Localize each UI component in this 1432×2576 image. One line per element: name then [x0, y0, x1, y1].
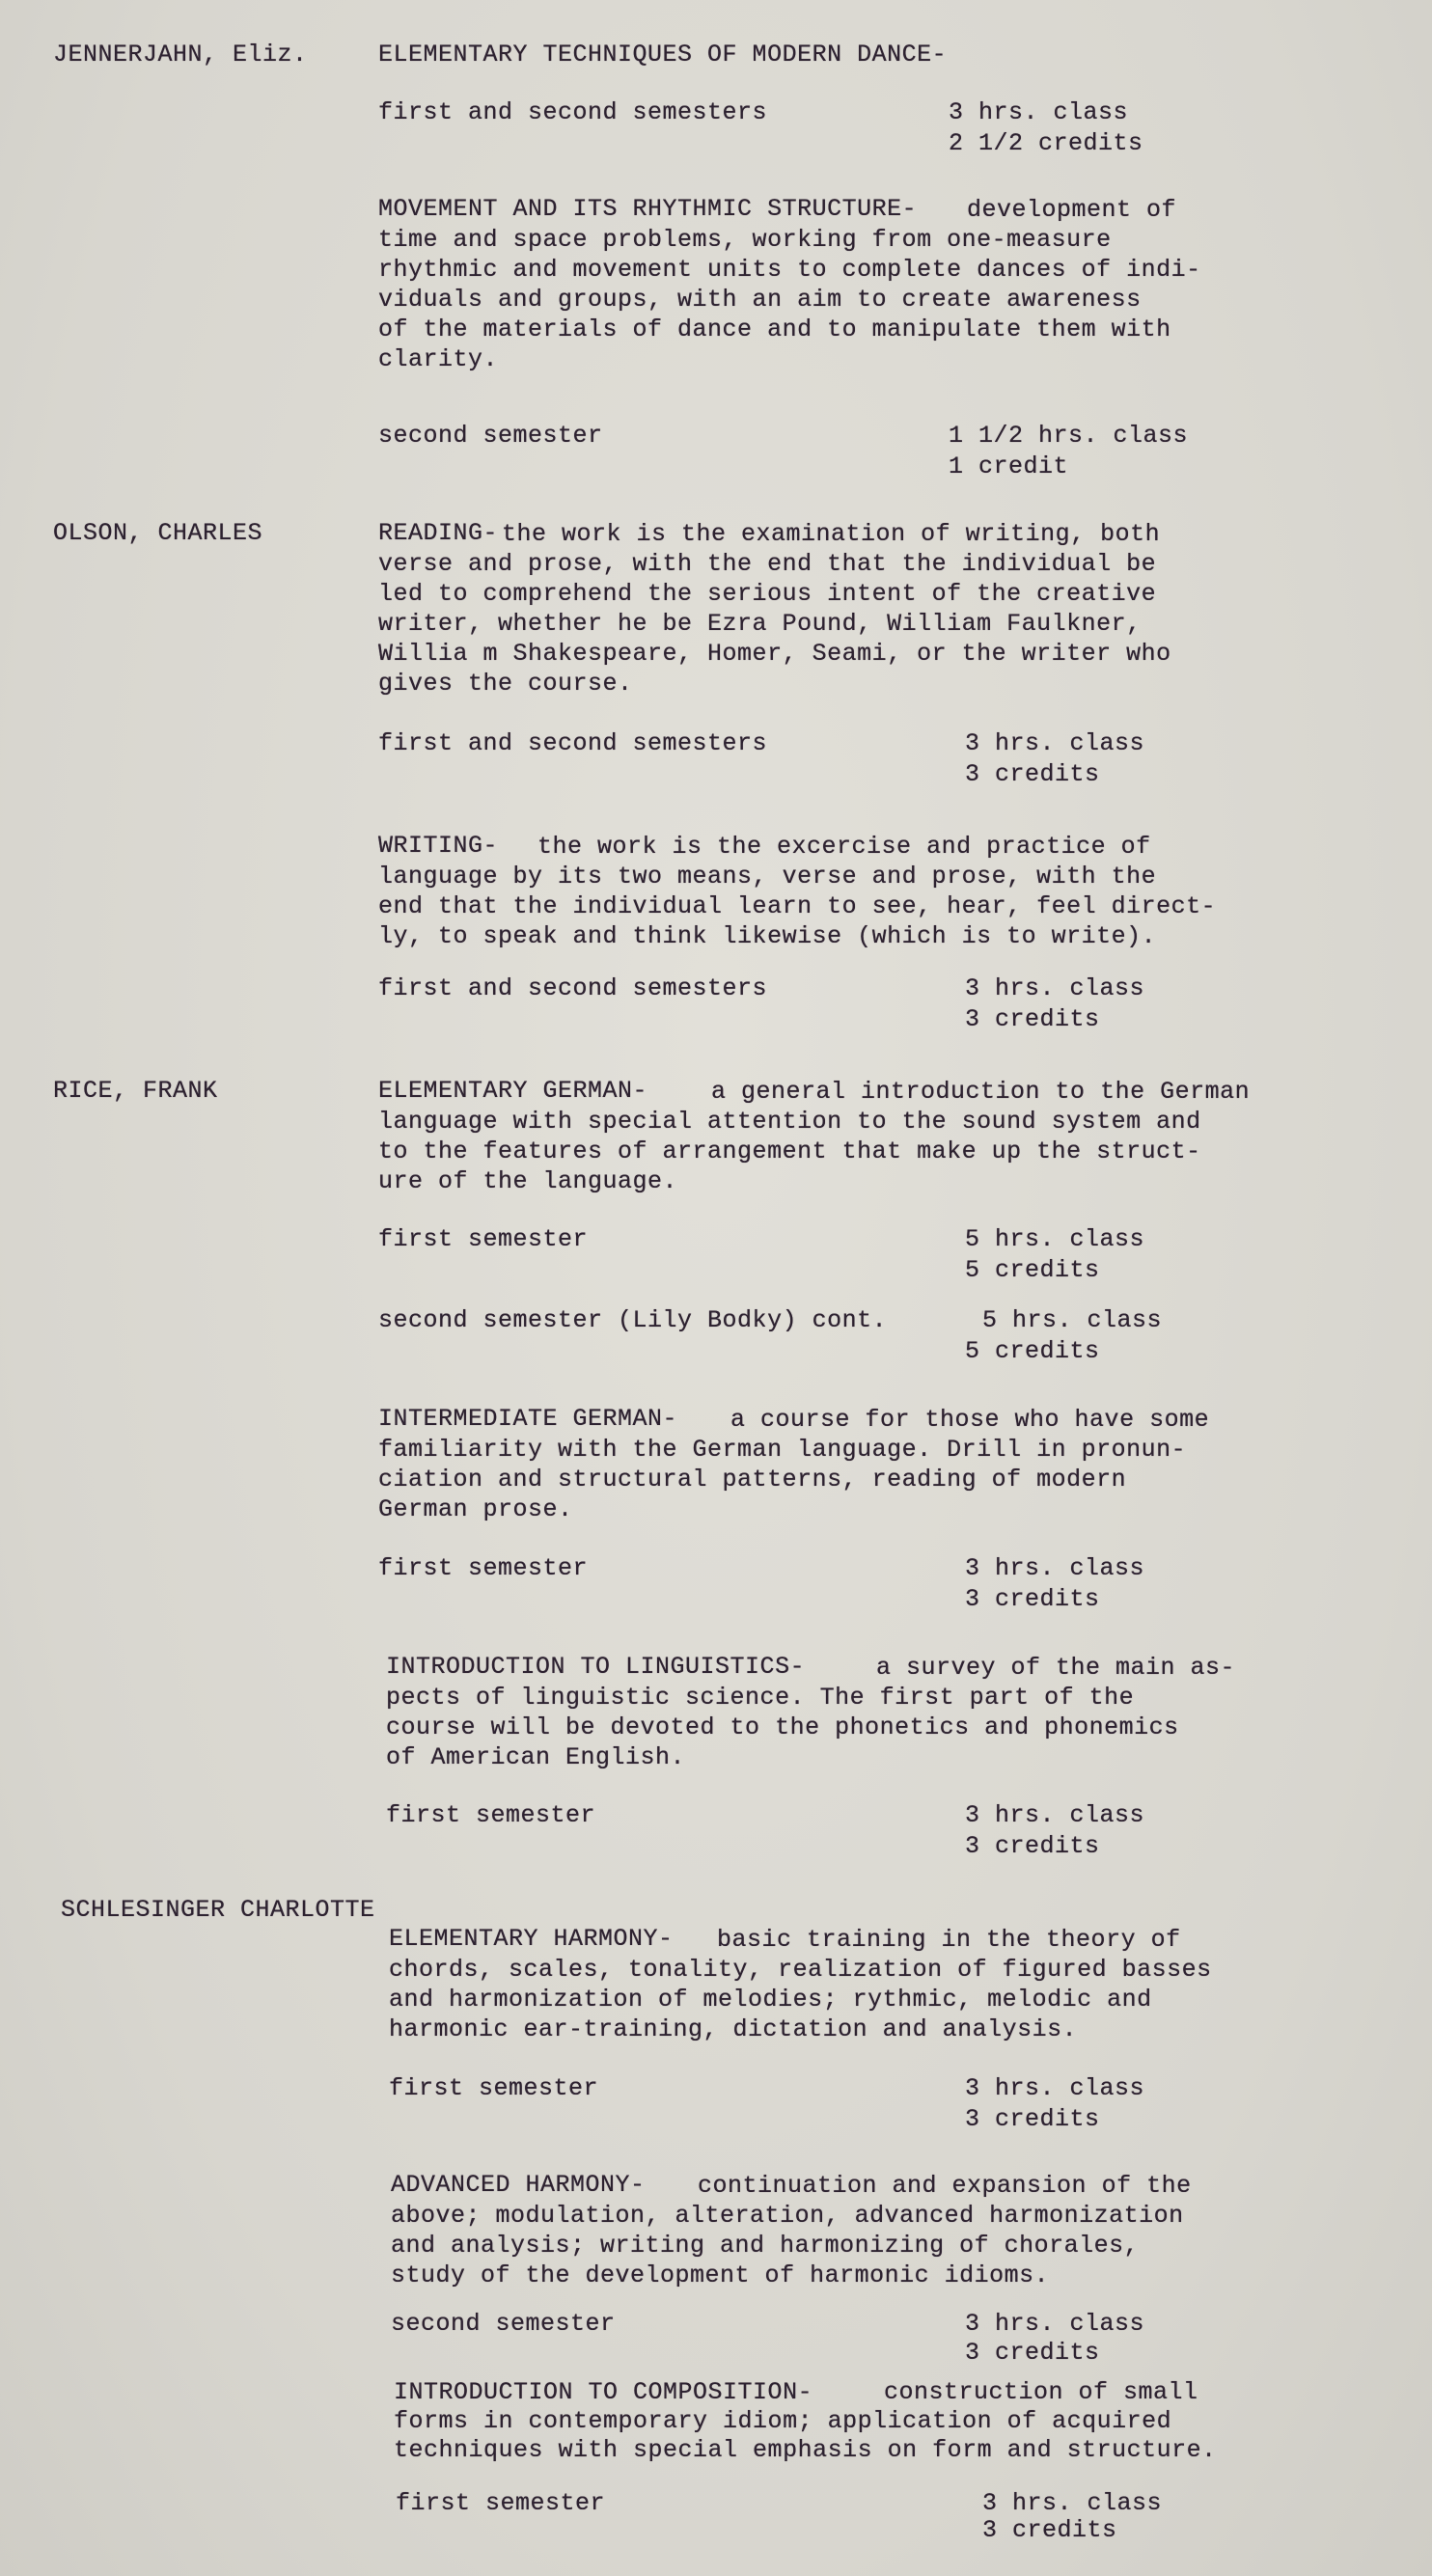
course-credits: 3 credits — [965, 2105, 1100, 2134]
course-hours: 3 hrs. class — [965, 2074, 1144, 2103]
course-description: development of time and space problems, … — [378, 195, 1353, 374]
course-term: first semester — [396, 2489, 605, 2518]
course-credits: 3 credits — [965, 1005, 1100, 1034]
course-hours: 3 hrs. class — [965, 1801, 1144, 1830]
course-credits: 3 credits — [965, 2339, 1100, 2368]
course-term: first and second semesters — [378, 98, 767, 127]
course-term: second semester — [391, 2310, 616, 2339]
instructor-name: RICE, FRANK — [53, 1077, 218, 1106]
course-term: first semester — [386, 1801, 595, 1830]
course-hours: 5 hrs. class — [982, 1306, 1162, 1335]
course-hours: 3 hrs. class — [965, 2310, 1144, 2339]
course-term: first and second semesters — [378, 974, 767, 1003]
typewritten-course-page: JENNERJAHN, Eliz. ELEMENTARY TECHNIQUES … — [0, 0, 1432, 2576]
instructor-name: SCHLESINGER CHARLOTTE — [61, 1896, 375, 1925]
course-credits: 1 credit — [949, 452, 1068, 481]
course-credits: 3 credits — [965, 760, 1100, 789]
course-hours: 3 hrs. class — [965, 729, 1144, 758]
course-term: second semester (Lily Bodky) cont. — [378, 1306, 887, 1335]
instructor-name: JENNERJAHN, Eliz. — [53, 41, 308, 69]
course-hours: 3 hrs. class — [965, 1554, 1144, 1583]
course-term: second semester — [378, 422, 603, 451]
course-term: first and second semesters — [378, 729, 767, 758]
course-credits: 3 credits — [982, 2516, 1117, 2545]
course-description: the work is the examination of writing, … — [378, 519, 1353, 699]
course-description: continuation and expansion of the above;… — [391, 2171, 1365, 2290]
course-hours: 5 hrs. class — [965, 1225, 1144, 1254]
course-title: ELEMENTARY TECHNIQUES OF MODERN DANCE- — [378, 41, 947, 69]
course-credits: 2 1/2 credits — [949, 129, 1143, 158]
course-description: a course for those who have some familia… — [378, 1405, 1353, 1524]
course-credits: 5 credits — [965, 1337, 1100, 1366]
course-credits: 5 credits — [965, 1256, 1100, 1285]
course-hours: 3 hrs. class — [982, 2489, 1162, 2518]
course-description: a survey of the main as- pects of lingui… — [386, 1653, 1361, 1772]
course-description: a general introduction to the German lan… — [378, 1077, 1353, 1196]
course-hours: 1 1/2 hrs. class — [949, 422, 1188, 451]
course-description: basic training in the theory of chords, … — [389, 1925, 1363, 2044]
course-credits: 3 credits — [965, 1585, 1100, 1614]
course-credits: 3 credits — [965, 1832, 1100, 1861]
course-term: first semester — [378, 1554, 588, 1583]
instructor-name: OLSON, CHARLES — [53, 519, 262, 548]
course-hours: 3 hrs. class — [949, 98, 1128, 127]
course-term: first semester — [378, 1225, 588, 1254]
course-hours: 3 hrs. class — [965, 974, 1144, 1003]
course-description: construction of small forms in contempor… — [394, 2378, 1368, 2465]
course-description: the work is the excercise and practice o… — [378, 832, 1353, 951]
course-term: first semester — [389, 2074, 598, 2103]
